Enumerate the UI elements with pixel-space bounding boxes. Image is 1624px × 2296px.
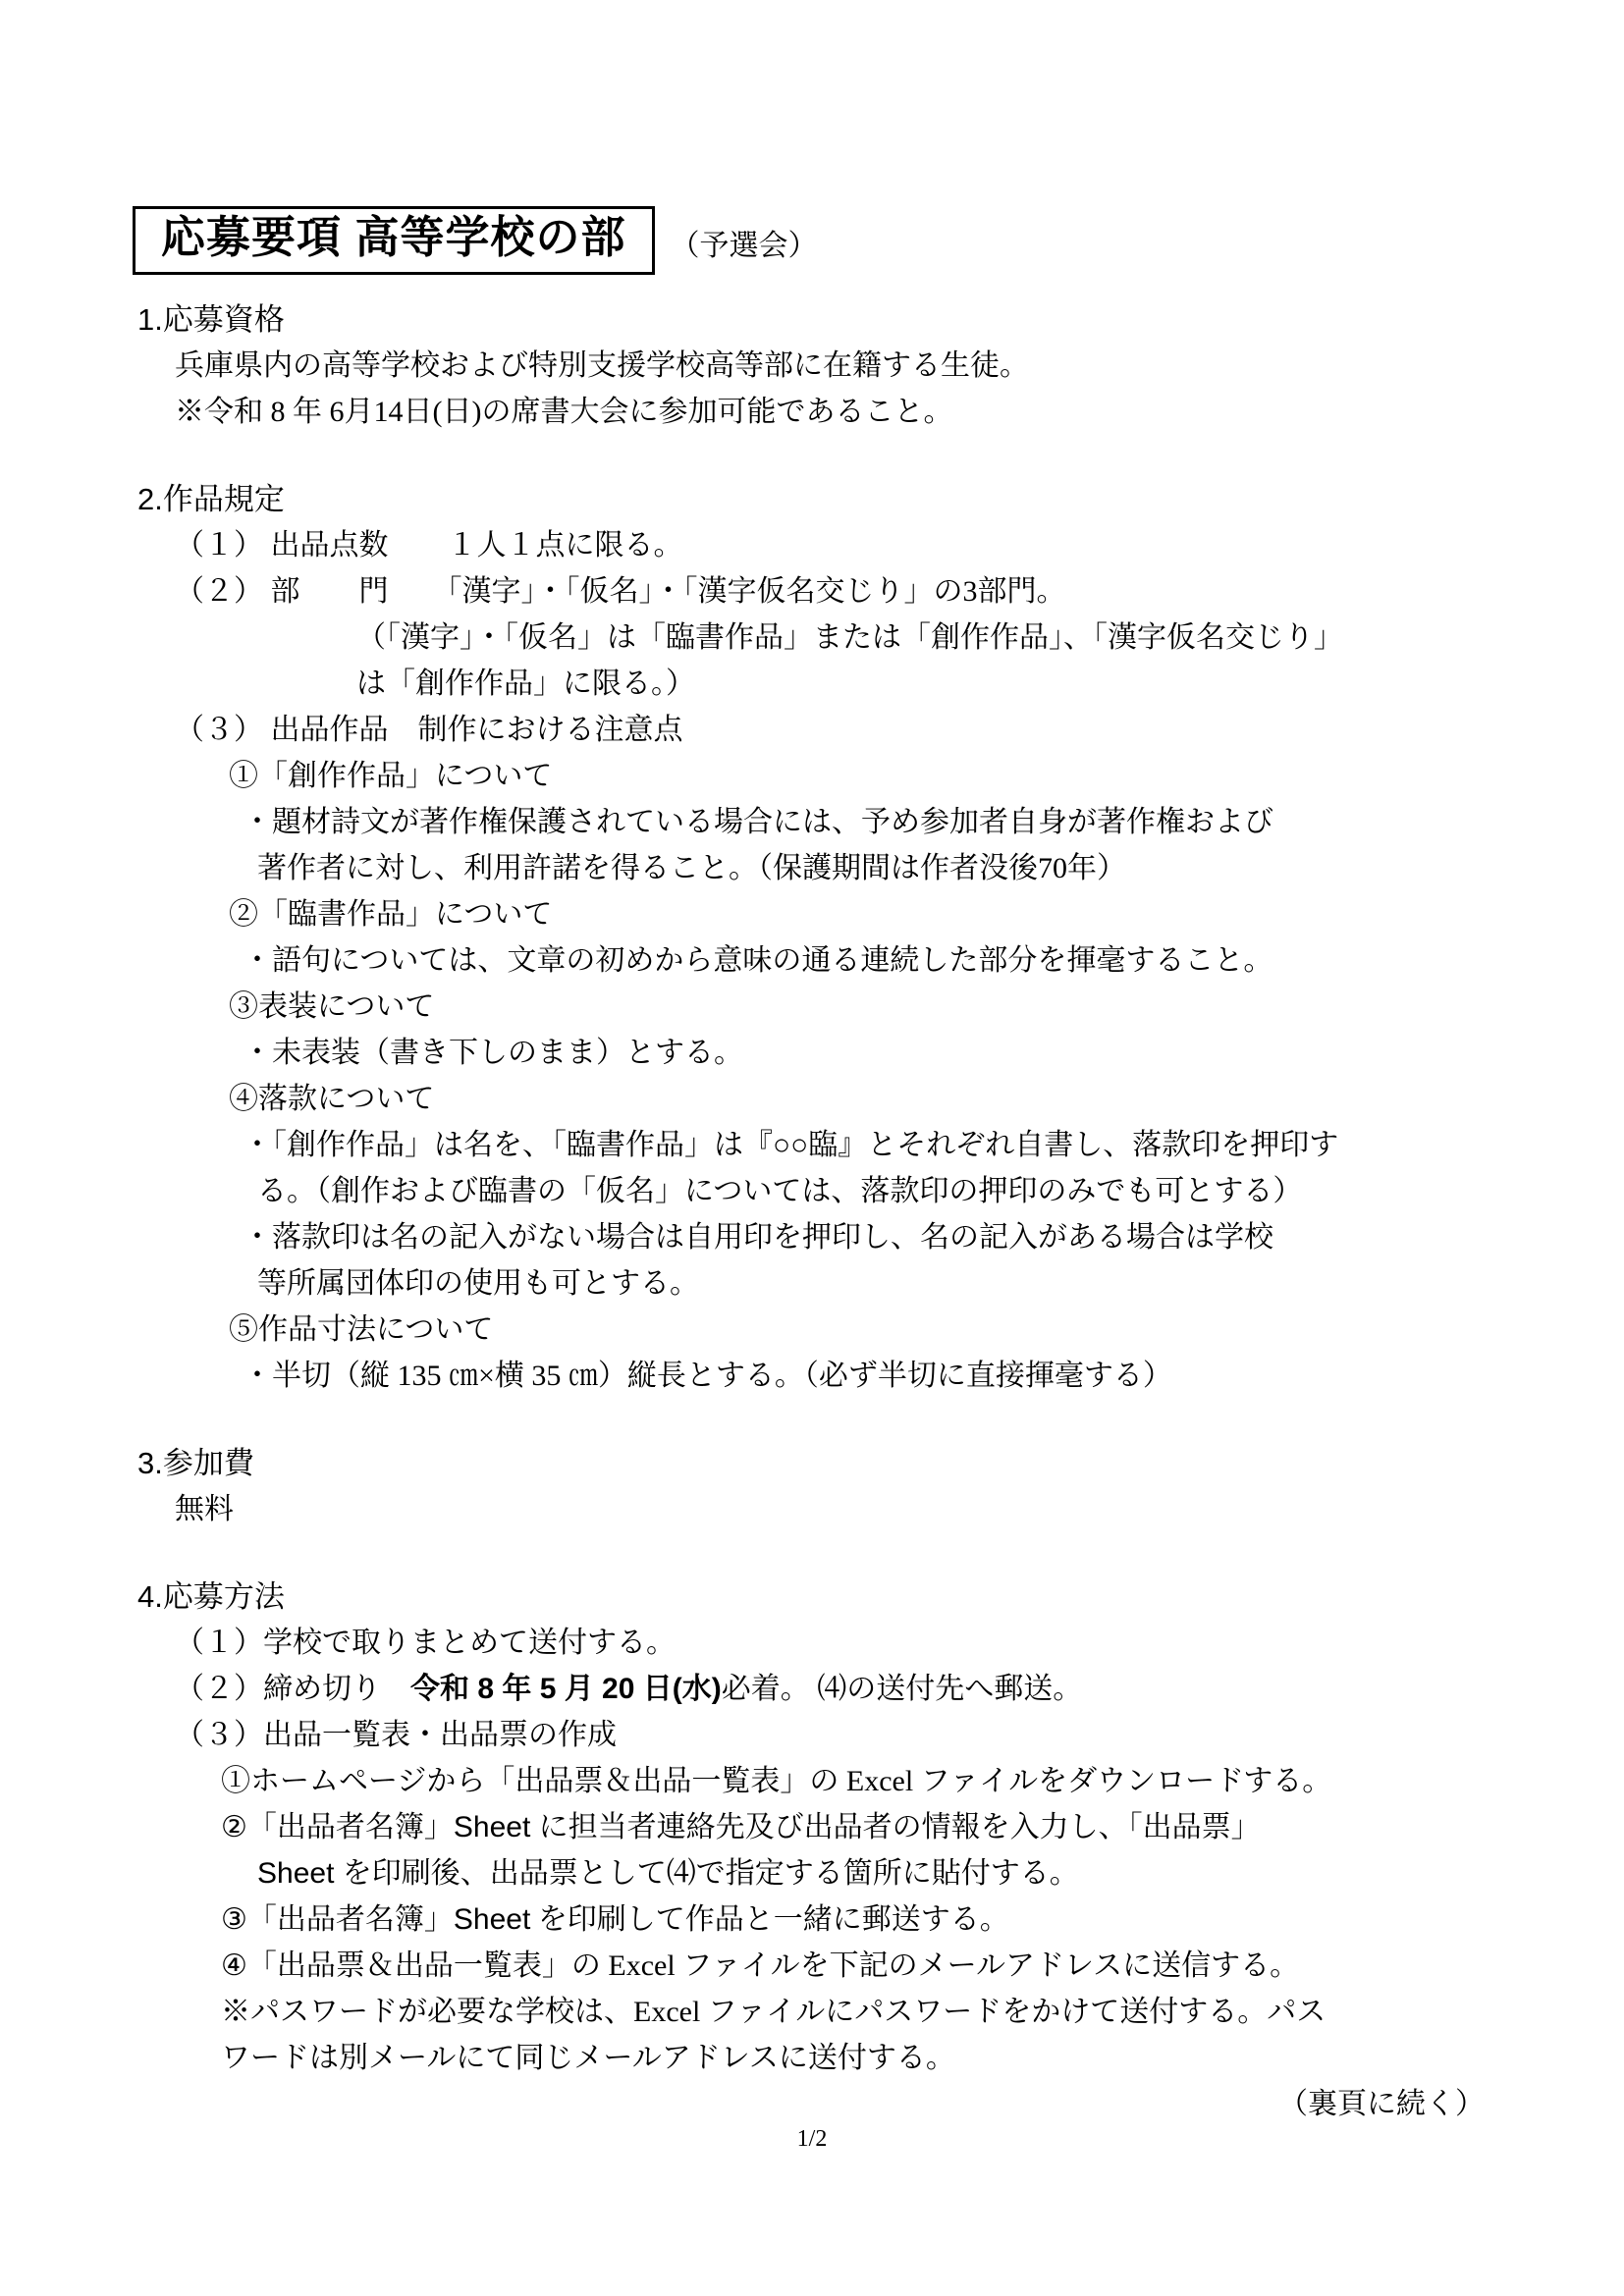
note-3-mounting: ③表装について <box>0 984 1624 1030</box>
document-page: 応募要項 高等学校の部 （予選会） 1.応募資格 兵庫県内の高等学校および特別支… <box>0 0 1624 2296</box>
work-rules-item-3: （３） 出品作品 制作における注意点 <box>0 707 1624 753</box>
apply-step-3-sheetname: 「出品者名簿」Sheet <box>247 1903 530 1936</box>
note-3-bullet-1: ・未表装（書き下しのまま）とする。 <box>0 1030 1624 1076</box>
apply-item-2-label: （２）締め切り <box>175 1673 410 1705</box>
deadline-date: 令和 8 年 5 月 20 日(水) <box>410 1673 722 1705</box>
section-heading-eligibility: 1.応募資格 <box>0 296 1624 343</box>
note-5-dimensions: ⑤作品寸法について <box>0 1307 1624 1353</box>
apply-step-2: ②「出品者名簿」Sheet に担当者連絡先及び出品者の情報を入力し、「出品票」 <box>0 1804 1624 1850</box>
note-2-bullet-1: ・語句については、文章の初めから意味の通る連続した部分を揮毫すること。 <box>0 937 1624 984</box>
apply-step-2-cont: Sheet を印刷後、出品票として⑷で指定する箇所に貼付する。 <box>0 1850 1624 1896</box>
note-5-bullet-1: ・半切（縦 135 ㎝×横 35 ㎝）縦長とする。（必ず半切に直接揮毫する） <box>0 1353 1624 1399</box>
note-4-bullet-1: ・「創作作品」は名を、「臨書作品」は『○○臨』とそれぞれ自書し、落款印を押印す <box>0 1122 1624 1168</box>
apply-step-3-rest: を印刷して作品と一緒に郵送する。 <box>530 1903 1009 1936</box>
note-4-bullet-1-cont: る。（創作および臨書の「仮名」については、落款印の押印のみでも可とする） <box>0 1168 1624 1214</box>
apply-step-1-pre: ①ホームページから <box>221 1765 485 1797</box>
title-row: 応募要項 高等学校の部 （予選会） <box>0 0 1624 275</box>
eligibility-line-1: 兵庫県内の高等学校および特別支援学校高等部に在籍する生徒。 <box>0 343 1624 389</box>
work-rules-item-2-cont-2: は「創作作品」に限る。） <box>0 661 1624 707</box>
apply-step-4-pre: ④ <box>221 1949 247 1982</box>
page-number: 1/2 <box>0 2124 1624 2154</box>
note-4-bullet-2: ・落款印は名の記入がない場合は自用印を押印し、名の記入がある場合は学校 <box>0 1214 1624 1260</box>
note-2-copy-work: ②「臨書作品」について <box>0 891 1624 937</box>
fee-value: 無料 <box>0 1486 1624 1532</box>
doc-title-box: 応募要項 高等学校の部 <box>133 206 655 275</box>
doc-title-suffix: （予選会） <box>671 223 818 275</box>
note-4-signature-seal: ④落款について <box>0 1076 1624 1122</box>
section-heading-how-to-apply: 4.応募方法 <box>0 1574 1624 1620</box>
continue-note: （裏頁に続く） <box>0 2081 1624 2127</box>
apply-item-3: （３）出品一覧表・出品票の作成 <box>0 1712 1624 1758</box>
apply-step-3-pre: ③ <box>221 1903 247 1936</box>
apply-step-4-filename: 「出品票＆出品一覧表」 <box>247 1949 571 1982</box>
apply-item-2-rest: 必着。 ⑷の送付先へ郵送。 <box>722 1673 1083 1705</box>
apply-step-4-rest: の Excel ファイルを下記のメールアドレスに送信する。 <box>571 1949 1299 1982</box>
apply-step-1: ①ホームページから「出品票＆出品一覧表」の Excel ファイルをダウンロードす… <box>0 1758 1624 1804</box>
section-heading-fee: 3.参加費 <box>0 1440 1624 1486</box>
password-note-2: ワードは別メールにて同じメールアドレスに送付する。 <box>0 2035 1624 2081</box>
password-note-1: ※パスワードが必要な学校は、Excel ファイルにパスワードをかけて送付する。パ… <box>0 1989 1624 2035</box>
apply-step-1-rest: の Excel ファイルをダウンロードする。 <box>809 1765 1331 1797</box>
note-1-bullet-1-cont: 著作者に対し、利用許諾を得ること。（保護期間は作者没後70年） <box>0 845 1624 891</box>
section-heading-work-rules: 2.作品規定 <box>0 476 1624 522</box>
work-rules-item-2: （２） 部 門 「漢字」・「仮名」・「漢字仮名交じり」の3部門。 <box>0 568 1624 614</box>
apply-item-2: （２）締め切り 令和 8 年 5 月 20 日(水)必着。 ⑷の送付先へ郵送。 <box>0 1666 1624 1712</box>
note-1-bullet-1: ・題材詩文が著作権保護されている場合には、予め参加者自身が著作権および <box>0 799 1624 845</box>
section-eligibility: 1.応募資格 兵庫県内の高等学校および特別支援学校高等部に在籍する生徒。 ※令和… <box>0 296 1624 435</box>
apply-step-1-filename: 「出品票＆出品一覧表」 <box>485 1765 809 1797</box>
eligibility-line-2: ※令和 8 年 6月14日(日)の席書大会に参加可能であること。 <box>0 389 1624 435</box>
section-how-to-apply: 4.応募方法 （１）学校で取りまとめて送付する。 （２）締め切り 令和 8 年 … <box>0 1574 1624 2081</box>
work-rules-item-2-cont-1: （「漢字」・「仮名」は「臨書作品」または「創作作品」、「漢字仮名交じり」 <box>0 614 1624 661</box>
apply-item-1: （１）学校で取りまとめて送付する。 <box>0 1620 1624 1666</box>
note-4-bullet-2-cont: 等所属団体印の使用も可とする。 <box>0 1260 1624 1307</box>
section-work-rules: 2.作品規定 （１） 出品点数 １人１点に限る。 （２） 部 門 「漢字」・「仮… <box>0 476 1624 1399</box>
note-1-creative-work: ①「創作作品」について <box>0 753 1624 799</box>
apply-step-3: ③「出品者名簿」Sheet を印刷して作品と一緒に郵送する。 <box>0 1896 1624 1943</box>
work-rules-item-1: （１） 出品点数 １人１点に限る。 <box>0 522 1624 568</box>
doc-title: 応募要項 高等学校の部 <box>161 212 626 262</box>
section-fee: 3.参加費 無料 <box>0 1440 1624 1532</box>
apply-step-4: ④「出品票＆出品一覧表」の Excel ファイルを下記のメールアドレスに送信する… <box>0 1943 1624 1989</box>
